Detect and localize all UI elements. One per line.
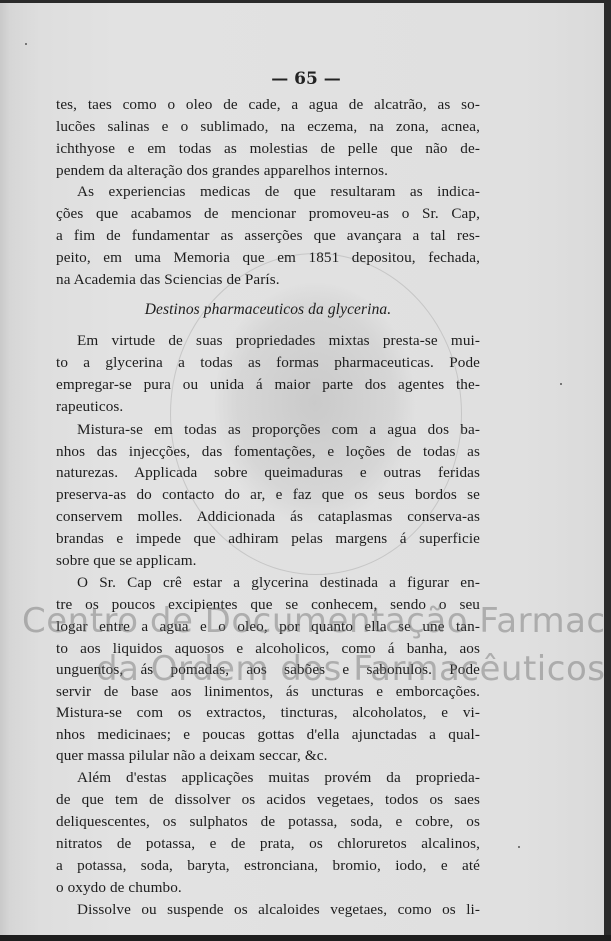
text-line: nhos das injecções, das fomentações, e l… <box>56 441 480 463</box>
text-line: tes, taes como o oleo de cade, a agua de… <box>56 94 480 116</box>
text-line: Dissolve ou suspende os alcaloides veget… <box>56 899 480 921</box>
paper-speck <box>25 43 27 45</box>
text-line: to a glycerina a todas as formas pharmac… <box>56 352 480 374</box>
text-line: conservem molles. Addicionada ás catapla… <box>56 506 480 528</box>
text-line: brandas e impede que adhiram pelas marge… <box>56 528 480 550</box>
text-line: Além d'estas applicações muitas provém d… <box>56 767 480 789</box>
text-line: Mistura-se com os extractos, tincturas, … <box>56 702 480 724</box>
text-line: empregar-se pura ou unida á maior parte … <box>56 374 480 396</box>
text-line: servir de base aos linimentos, ás unctur… <box>56 681 480 703</box>
text-line: quer massa pilular não a deixam seccar, … <box>56 745 480 767</box>
text-line: preserva-as do contacto do ar, e faz que… <box>56 484 480 506</box>
text-line: logar entre a agua e o oleo, por quanto … <box>56 616 480 638</box>
text-line: rapeuticos. <box>56 396 480 418</box>
scan-edge-right <box>604 0 611 941</box>
paper-speck <box>560 383 562 385</box>
paper-speck <box>518 846 520 848</box>
book-page: — 65 — tes, taes como o oleo de cade, a … <box>0 3 604 936</box>
text-line: o oxydo de chumbo. <box>56 877 480 899</box>
text-line: to aos liquidos aquosos e alcoholicos, c… <box>56 638 480 660</box>
text-line: na Academia das Sciencias de París. <box>56 269 480 291</box>
text-line: deliquescentes, os sulphatos de potassa,… <box>56 811 480 833</box>
text-line: a potassa, soda, baryta, estronciana, br… <box>56 855 480 877</box>
text-line: a fim de fundamentar as asserções que av… <box>56 225 480 247</box>
text-line: ichthyose e em todas as molestias de pel… <box>56 138 480 160</box>
text-line: tre os poucos excipientes que se conhece… <box>56 594 480 616</box>
text-line: pendem da alteração dos grandes apparelh… <box>56 160 480 182</box>
text-line: sobre que se applicam. <box>56 550 480 572</box>
text-line: peito, em uma Memoria que em 1851 deposi… <box>56 247 480 269</box>
text-line: nitratos de potassa, e de prata, os chlo… <box>56 833 480 855</box>
text-line: de que tem de dissolver os acidos vegeta… <box>56 789 480 811</box>
text-line: naturezas. Applicada sobre queimaduras e… <box>56 462 480 484</box>
text-line: Mistura-se em todas as proporções com a … <box>56 419 480 441</box>
text-line: unguentos, ás pomadas, aos sabões e sabo… <box>56 659 480 681</box>
text-line: As experiencias medicas de que resultara… <box>56 181 480 203</box>
page-number: — 65 — <box>0 69 604 89</box>
scan-edge-bottom <box>0 935 611 941</box>
text-line: nhos medicinaes; e poucas gottas d'ella … <box>56 724 480 746</box>
text-line: Em virtude de suas propriedades mixtas p… <box>56 330 480 352</box>
text-line: O Sr. Cap crê estar a glycerina destinad… <box>56 572 480 594</box>
section-heading: Destinos pharmaceuticos da glycerina. <box>56 299 480 321</box>
text-line: ções que acabamos de mencionar promoveu-… <box>56 203 480 225</box>
text-line: lucões salinas e o sublimado, na eczema,… <box>56 116 480 138</box>
